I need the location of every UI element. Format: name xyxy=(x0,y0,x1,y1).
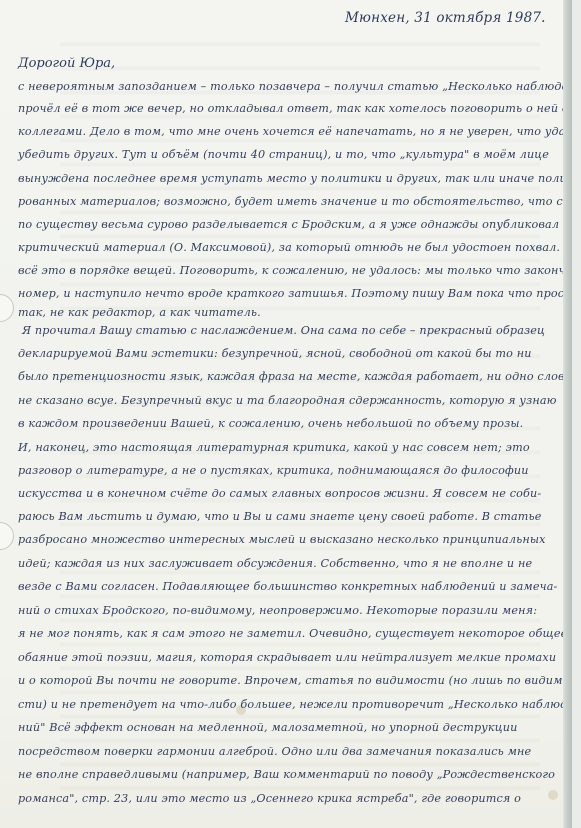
letter-line: искусства и в конечном счёте до самых гл… xyxy=(18,487,528,500)
letter-line: посредством поверки гармонии алгеброй. О… xyxy=(18,745,528,758)
letter-line: декларируемой Вами эстетики: безупречной… xyxy=(18,347,528,360)
letter-line: идей; каждая из них заслуживает обсужден… xyxy=(18,557,528,570)
handwritten-letter: Мюнхен, 31 октября 1987. Дорогой Юра, с … xyxy=(0,0,572,828)
letter-line: разбросано множество интересных мыслей и… xyxy=(18,533,528,546)
letter-line: рованных материалов; возможно, будет име… xyxy=(18,195,528,208)
letter-line: И, наконец, это настоящая литературная к… xyxy=(18,441,528,454)
letter-line: номер, и наступило нечто вроде краткого … xyxy=(18,287,528,300)
letter-line: было претенциозности язык, каждая фраза … xyxy=(18,370,528,383)
letter-line: вынуждена последнее время уступать место… xyxy=(18,172,528,185)
letter-line: всё это в порядке вещей. Поговорить, к с… xyxy=(18,264,528,277)
letter-line: романса", стр. 23, или это место из „Осе… xyxy=(18,792,528,805)
letter-line: я не мог понять, как я сам этого не заме… xyxy=(18,627,528,640)
letter-line: Я прочитал Вашу статью с наслаждением. О… xyxy=(22,324,532,337)
page-right-edge xyxy=(563,0,572,828)
place-date-header: Мюнхен, 31 октября 1987. xyxy=(345,10,546,26)
letter-line: прочёл её в тот же вечер, но откладывал … xyxy=(18,102,528,115)
salutation: Дорогой Юра, xyxy=(18,56,115,71)
letter-line: критический материал (О. Максимовой), за… xyxy=(18,241,528,254)
letter-line: разговор о литературе, а не о пустяках, … xyxy=(18,464,528,477)
letter-line: ний" Всё эффект основан на медленной, ма… xyxy=(18,721,528,734)
letter-line: не вполне справедливыми (например, Ваш к… xyxy=(18,768,528,781)
letter-page: Мюнхен, 31 октября 1987. Дорогой Юра, с … xyxy=(0,0,572,828)
letter-line: так, не как редактор, а как читатель. xyxy=(18,306,528,319)
letter-line: в каждом произведении Вашей, к сожалению… xyxy=(18,417,528,430)
letter-line: коллегами. Дело в том, что мне очень хоч… xyxy=(18,125,528,138)
letter-line: не сказано всуе. Безупречный вкус и та б… xyxy=(18,394,528,407)
letter-line: везде с Вами согласен. Подавляющее больш… xyxy=(18,580,528,593)
letter-line: убедить других. Тут и объём (почти 40 ст… xyxy=(18,148,528,161)
letter-line: с невероятным запозданием – только позав… xyxy=(18,80,528,93)
letter-line: обаяние этой поэзии, магия, которая скра… xyxy=(18,651,528,664)
letter-line: раюсь Вам льстить и думаю, что и Вы и са… xyxy=(18,510,528,523)
letter-line: ний о стихах Бродского, по-видимому, нео… xyxy=(18,604,528,617)
letter-line: по существу весьма сурово разделывается … xyxy=(18,218,528,231)
letter-line: сти) и не претендует на что-либо большее… xyxy=(18,698,528,711)
letter-line: и о которой Вы почти не говорите. Впроче… xyxy=(18,674,528,687)
